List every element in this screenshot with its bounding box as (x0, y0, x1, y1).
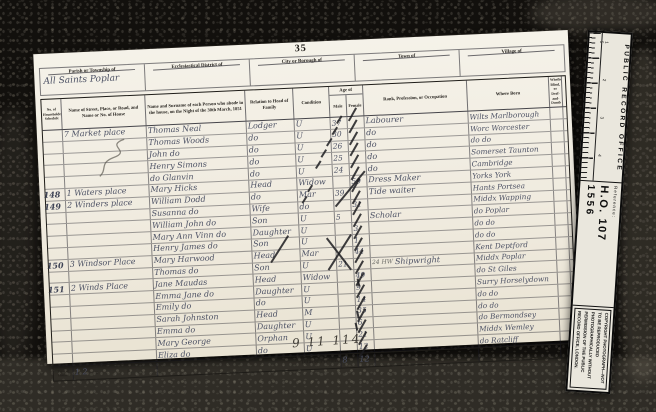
cell-sched: 151 (50, 283, 70, 295)
cell-relation: Lodger (247, 120, 295, 133)
cell-sched (47, 224, 67, 236)
cell-sched: 150 (49, 260, 69, 272)
total-houses-value: 1 2 U B (73, 363, 158, 380)
village-label: Village of (460, 47, 564, 57)
col-born: Where Born (467, 77, 550, 111)
cell-age_m (337, 270, 354, 282)
cell-relation: Head (249, 178, 297, 191)
col-name: Name and Surname of each Person who abod… (145, 91, 246, 126)
cell-blind (554, 190, 567, 201)
cell-relation: do (250, 190, 298, 203)
cell-age_m (333, 176, 350, 188)
cell-age_f: 14 (355, 293, 372, 305)
cell-relation: do (249, 167, 297, 180)
cell-age_m (339, 306, 356, 318)
cell-age_f: 1 (353, 234, 370, 246)
cell-age_f (349, 152, 366, 164)
cell-age_f: 49 (354, 270, 371, 282)
cell-relation: do (255, 296, 303, 309)
cell-relation: Son (252, 237, 300, 250)
cell-condition: U (301, 259, 337, 271)
age-female-label: Female (346, 94, 363, 116)
cell-age_f (348, 128, 365, 140)
col-condition: Condition (293, 87, 330, 119)
cell-relation: Head (253, 273, 301, 286)
cell-age_f (352, 211, 369, 223)
copyright-notice: COPYRIGHT PHOTOGRAPH—NOT TO BE REPRODUCE… (570, 308, 612, 390)
total-houses-label: Total of Houses (53, 367, 74, 381)
cell-blind (555, 213, 568, 224)
cell-sched (43, 142, 63, 154)
cell-blind (557, 249, 570, 260)
cell-relation: Daughter (256, 320, 304, 333)
cell-age_f (347, 116, 364, 128)
cell-age_m (340, 317, 357, 329)
cell-sched (44, 165, 64, 177)
col-schedule: No. of Householder's Schedule (41, 99, 62, 130)
cell-condition: U (302, 295, 338, 307)
cell-condition: U (299, 212, 335, 224)
houses-units: U B (95, 368, 144, 375)
cell-age_m: 30 (331, 129, 348, 141)
col-blind: Whether Blind, or Deaf-and-Dumb (549, 76, 563, 107)
cell-condition: U (294, 118, 330, 130)
cell-age_f: 3 (352, 222, 369, 234)
form-header-parish: Parish or Township of All Saints Poplar (40, 64, 146, 95)
cell-sched (49, 271, 69, 283)
cell-age_f: 9 (355, 281, 372, 293)
cell-blind (552, 154, 565, 165)
cell-relation: do (247, 131, 295, 144)
cell-relation: Wife (250, 202, 298, 215)
cell-age_m (336, 247, 353, 259)
cell-sched (50, 295, 70, 307)
cell-age_m: 25 (332, 152, 349, 164)
cell-blind (553, 178, 566, 189)
cell-condition: U (300, 236, 336, 248)
cell-age_m (338, 294, 355, 306)
col-occupation: Rank, Profession, or Occupation (363, 81, 468, 116)
total-blank-1 (375, 348, 479, 366)
cell-age_m: 5 (335, 211, 352, 223)
col-street: Name of Street, Place, or Road, and Name… (61, 95, 146, 129)
cell-relation: Daughter (254, 284, 302, 297)
town-label: Town of (355, 52, 459, 62)
cell-age_m: 24 (333, 164, 350, 176)
cell-sched (53, 354, 73, 366)
scan-noise-topright (530, 0, 656, 34)
cell-sched (51, 319, 71, 331)
cell-sched (43, 130, 63, 142)
cell-sched: 149 (46, 201, 66, 213)
cell-blind (551, 119, 564, 130)
cell-sched: 148 (45, 189, 65, 201)
cell-condition: U (299, 224, 335, 236)
cell-blind (556, 225, 569, 236)
cell-condition: M (303, 306, 339, 318)
cell-relation: do (248, 143, 296, 156)
census-sheet: 35 Parish or Township of All Saints Popl… (33, 30, 582, 364)
cell-condition: Widow (297, 177, 333, 189)
cell-age_f: 59 (350, 175, 367, 187)
cell-age_m: 37 (330, 117, 347, 129)
cell-condition: U (302, 283, 338, 295)
cell-condition: Widow (301, 271, 337, 283)
district-label: Ecclesiastical District of (145, 62, 249, 72)
cell-relation: do (248, 155, 296, 168)
form-header-city: City or Borough of (250, 55, 356, 86)
cell-sched (46, 213, 66, 225)
cell-sched (51, 307, 71, 319)
cell-relation: Daughter (251, 226, 299, 239)
cell-age_m (338, 282, 355, 294)
cell-blind (551, 131, 564, 142)
cell-sched (52, 342, 72, 354)
cell-blind (554, 202, 567, 213)
cell-blind (553, 166, 566, 177)
scan-noise-left (0, 110, 34, 360)
cell-relation: Head (255, 308, 303, 321)
cell-blind (558, 284, 571, 295)
cell-condition: U (304, 318, 340, 330)
cell-blind (550, 107, 563, 118)
total-blank-2 (479, 345, 562, 362)
city-label: City or Borough of (250, 57, 354, 67)
age-male-label: Male (329, 95, 347, 117)
census-rows: 7 Market placeThomas NealLodgerU37Labour… (43, 107, 577, 366)
cell-relation: Head (252, 249, 300, 262)
cell-age_f (351, 187, 368, 199)
cell-relation: Son (253, 261, 301, 274)
cell-condition: U (296, 153, 332, 165)
cell-blind (557, 261, 570, 272)
cell-age_m: 39 (334, 188, 351, 200)
cell-sched (48, 236, 68, 248)
cell-relation: Son (251, 214, 299, 227)
cell-age_m (336, 235, 353, 247)
cell-blind (558, 272, 571, 283)
cell-condition: U (295, 130, 331, 142)
cell-age_m (334, 200, 351, 212)
form-header-village: Village of (459, 45, 564, 76)
form-header-town: Town of (355, 50, 461, 81)
cell-age_m: 21 (337, 259, 354, 271)
total-persons-female: 12 (358, 353, 376, 367)
col-relation: Relation to Head of Family (245, 89, 294, 121)
form-header-district: Ecclesiastical District of (145, 59, 251, 90)
cell-condition: do (298, 200, 334, 212)
cell-blind (556, 237, 569, 248)
ruler: 1 2 3 4 5 PUBLIC RECORD OFFICE (581, 32, 631, 183)
cell-sched (45, 177, 65, 189)
col-age: Age of Male Female (329, 85, 364, 117)
cell-condition: U (297, 165, 333, 177)
cell-age_m: 26 (332, 141, 349, 153)
cell-sched (44, 154, 64, 166)
cell-age_f (350, 163, 367, 175)
cell-sched (48, 248, 68, 260)
cell-age_m (335, 223, 352, 235)
reference-block: Reference: H.O. 107 1556 (573, 181, 622, 308)
cell-condition: Mar (300, 248, 336, 260)
scanned-census-page: 35 Parish or Township of All Saints Popl… (0, 0, 656, 412)
cell-sched (52, 330, 72, 342)
cell-condition: U (296, 141, 332, 153)
cell-condition: Mar (298, 189, 334, 201)
total-persons-male: 8 (341, 354, 359, 368)
cell-blind (552, 143, 565, 154)
